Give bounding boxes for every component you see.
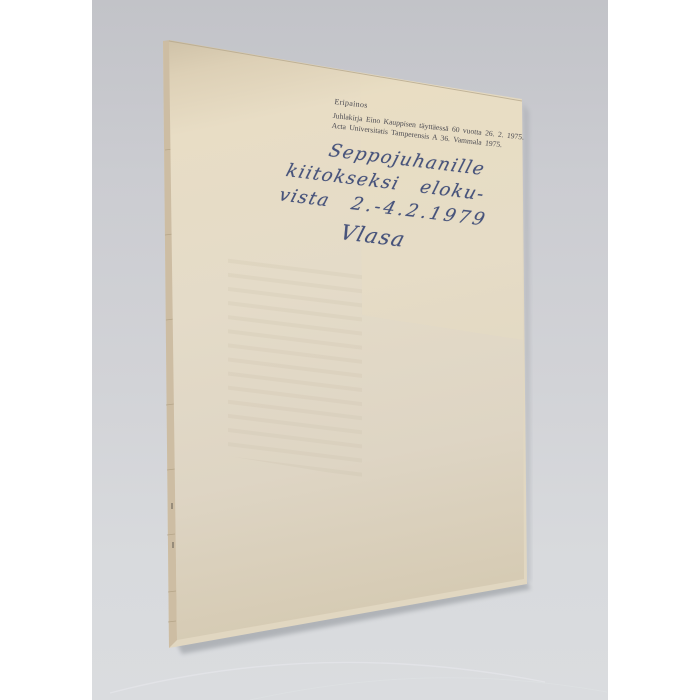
text-show-through (228, 252, 362, 478)
surface-scratch (110, 662, 545, 693)
inscription-word: vista (277, 185, 333, 212)
photo-of-offprint: Eripainos Juhlakirja Eino Kauppisen täyt… (0, 0, 700, 700)
surface-scratch (250, 678, 607, 700)
